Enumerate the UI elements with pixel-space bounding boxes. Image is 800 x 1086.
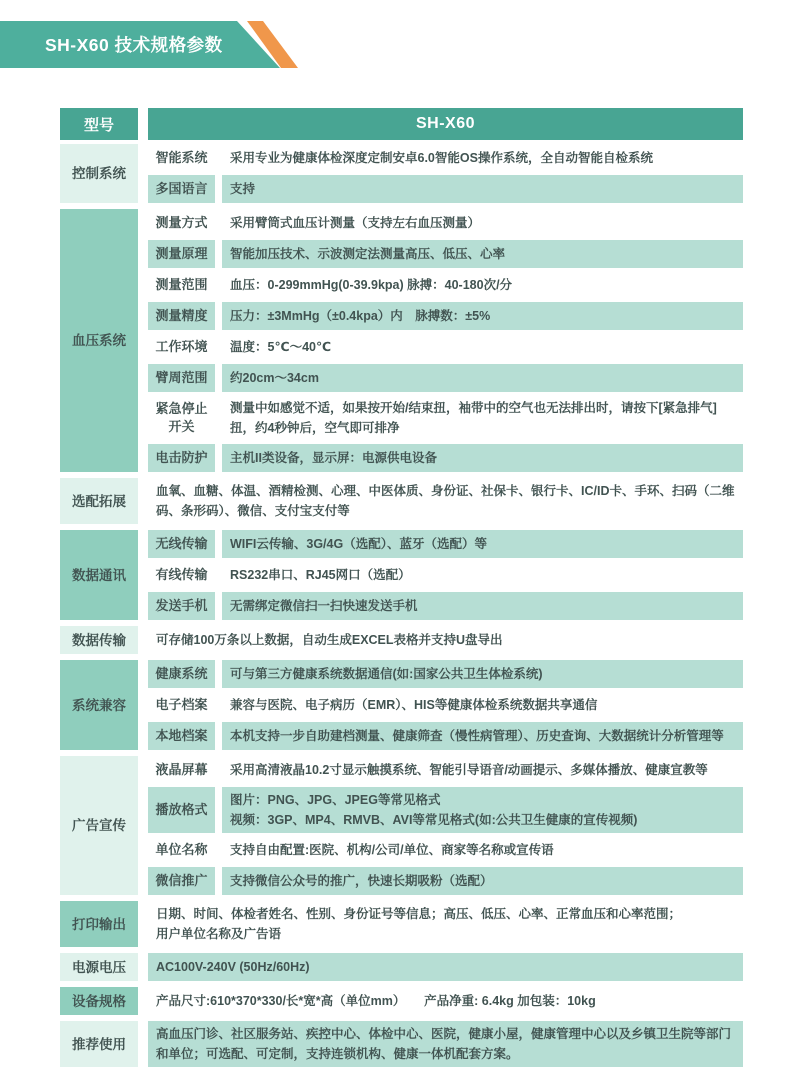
title-banner: SH-X60 技术规格参数 [0, 21, 310, 68]
row-value-line: 日期、时间、体检者姓名、性别、身份证号等信息；高压、低压、心率、正常血压和心率范… [156, 904, 737, 924]
spec-row: 智能系统采用专业为健康体检深度定制安卓6.0智能OS操作系统，全自动智能自检系统 [148, 144, 743, 172]
row-value-line: AC100V-240V (50Hz/60Hz) [156, 957, 737, 977]
spec-section: 控制系统智能系统采用专业为健康体检深度定制安卓6.0智能OS操作系统，全自动智能… [60, 144, 743, 203]
row-label: 测量方式 [148, 209, 215, 237]
spec-section: 数据通讯无线传输WIFI云传输、3G/4G（选配）、蓝牙（选配）等有线传输RS2… [60, 530, 743, 620]
row-value: 采用专业为健康体检深度定制安卓6.0智能OS操作系统，全自动智能自检系统 [222, 144, 743, 172]
section-rows: 高血压门诊、社区服务站、疾控中心、体检中心、医院，健康小屋，健康管理中心以及乡镇… [148, 1021, 743, 1067]
row-value-line: 主机II类设备，显示屏：电源供电设备 [230, 448, 737, 468]
spec-section: 广告宣传液晶屏幕采用高清液晶10.2寸显示触摸系统、智能引导语音/动画提示、多媒… [60, 756, 743, 895]
category-cell: 推荐使用 [60, 1021, 138, 1067]
category-cell: 系统兼容 [60, 660, 138, 750]
row-value-line: 约20cm～34cm [230, 368, 737, 388]
row-label: 测量原理 [148, 240, 215, 268]
row-label: 无线传输 [148, 530, 215, 558]
row-label: 测量精度 [148, 302, 215, 330]
row-value-line: 测量中如感觉不适，如果按开始/结束扭，袖带中的空气也无法排出时，请按下[紧急排气… [230, 398, 737, 438]
row-value: 产品尺寸:610*370*330/长*宽*高（单位mm） 产品净重: 6.4kg… [148, 987, 743, 1015]
row-value: 主机II类设备，显示屏：电源供电设备 [222, 444, 743, 472]
category-cell: 广告宣传 [60, 756, 138, 895]
spec-row: 臂周范围约20cm～34cm [148, 364, 743, 392]
section-rows: 产品尺寸:610*370*330/长*宽*高（单位mm） 产品净重: 6.4kg… [148, 987, 743, 1015]
row-value: 温度：5℃～40℃ [222, 333, 743, 361]
row-value: 测量中如感觉不适，如果按开始/结束扭，袖带中的空气也无法排出时，请按下[紧急排气… [222, 395, 743, 441]
spec-section: 推荐使用高血压门诊、社区服务站、疾控中心、体检中心、医院，健康小屋，健康管理中心… [60, 1021, 743, 1067]
section-rows: 日期、时间、体检者姓名、性别、身份证号等信息；高压、低压、心率、正常血压和心率范… [148, 901, 743, 947]
spec-row: 本地档案本机支持一步自助建档测量、健康筛查（慢性病管理）、历史查询、大数据统计分… [148, 722, 743, 750]
row-value: 采用高清液晶10.2寸显示触摸系统、智能引导语音/动画提示、多媒体播放、健康宣教… [222, 756, 743, 784]
spec-row: 测量原理智能加压技术、示波测定法测量高压、低压、心率 [148, 240, 743, 268]
row-label: 健康系统 [148, 660, 215, 688]
row-value-line: 采用专业为健康体检深度定制安卓6.0智能OS操作系统，全自动智能自检系统 [230, 148, 737, 168]
row-label: 智能系统 [148, 144, 215, 172]
row-label: 测量范围 [148, 271, 215, 299]
row-value: 支持自由配置:医院、机构/公司/单位、商家等名称或宣传语 [222, 836, 743, 864]
row-value-line: 支持自由配置:医院、机构/公司/单位、商家等名称或宣传语 [230, 840, 737, 860]
spec-row: 日期、时间、体检者姓名、性别、身份证号等信息；高压、低压、心率、正常血压和心率范… [148, 901, 743, 947]
spec-table: 型号 SH-X60 控制系统智能系统采用专业为健康体检深度定制安卓6.0智能OS… [60, 108, 743, 1067]
category-cell: 血压系统 [60, 209, 138, 472]
section-rows: 液晶屏幕采用高清液晶10.2寸显示触摸系统、智能引导语音/动画提示、多媒体播放、… [148, 756, 743, 895]
spec-section: 数据传输可存储100万条以上数据，自动生成EXCEL表格并支持U盘导出 [60, 626, 743, 654]
category-cell: 电源电压 [60, 953, 138, 981]
spec-section: 电源电压AC100V-240V (50Hz/60Hz) [60, 953, 743, 981]
row-value: 兼容与医院、电子病历（EMR）、HIS等健康体检系统数据共享通信 [222, 691, 743, 719]
spec-row: 液晶屏幕采用高清液晶10.2寸显示触摸系统、智能引导语音/动画提示、多媒体播放、… [148, 756, 743, 784]
row-value-line: 用户单位名称及广告语 [156, 924, 737, 944]
row-value-line: 支持 [230, 179, 737, 199]
category-cell: 数据通讯 [60, 530, 138, 620]
section-rows: 血氧、血糖、体温、酒精检测、心理、中医体质、身份证、社保卡、银行卡、IC/ID卡… [148, 478, 743, 524]
row-label: 紧急停止开关 [148, 395, 215, 441]
row-label: 臂周范围 [148, 364, 215, 392]
row-value: 压力：±3MmHg（±0.4kpa）内 脉搏数：±5% [222, 302, 743, 330]
spec-row: 测量范围血压：0-299mmHg(0-39.9kpa) 脉搏：40-180次/分 [148, 271, 743, 299]
spec-row: 高血压门诊、社区服务站、疾控中心、体检中心、医院，健康小屋，健康管理中心以及乡镇… [148, 1021, 743, 1067]
spec-section: 选配拓展血氧、血糖、体温、酒精检测、心理、中医体质、身份证、社保卡、银行卡、IC… [60, 478, 743, 524]
spec-row: 血氧、血糖、体温、酒精检测、心理、中医体质、身份证、社保卡、银行卡、IC/ID卡… [148, 478, 743, 524]
row-value-line: 产品尺寸:610*370*330/长*宽*高（单位mm） 产品净重: 6.4kg… [156, 991, 737, 1011]
row-value-line: 图片：PNG、JPG、JPEG等常见格式 [230, 790, 737, 810]
category-cell: 设备规格 [60, 987, 138, 1015]
row-value-line: RS232串口、RJ45网口（选配） [230, 565, 737, 585]
row-value-line: 无需绑定微信扫一扫快速发送手机 [230, 596, 737, 616]
row-value: 无需绑定微信扫一扫快速发送手机 [222, 592, 743, 620]
model-label-cell: 型号 [60, 108, 138, 140]
row-value: WIFI云传输、3G/4G（选配）、蓝牙（选配）等 [222, 530, 743, 558]
spec-row: 工作环境温度：5℃～40℃ [148, 333, 743, 361]
row-label: 有线传输 [148, 561, 215, 589]
spec-row: 测量精度压力：±3MmHg（±0.4kpa）内 脉搏数：±5% [148, 302, 743, 330]
spec-row: 测量方式采用臂筒式血压计测量（支持左右血压测量） [148, 209, 743, 237]
category-cell: 控制系统 [60, 144, 138, 203]
table-header-row: 型号 SH-X60 [60, 108, 743, 140]
row-value: 日期、时间、体检者姓名、性别、身份证号等信息；高压、低压、心率、正常血压和心率范… [148, 901, 743, 947]
section-rows: 无线传输WIFI云传输、3G/4G（选配）、蓝牙（选配）等有线传输RS232串口… [148, 530, 743, 620]
row-label: 播放格式 [148, 787, 215, 833]
row-value: 支持微信公众号的推广，快速长期吸粉（选配） [222, 867, 743, 895]
spec-row: 电子档案兼容与医院、电子病历（EMR）、HIS等健康体检系统数据共享通信 [148, 691, 743, 719]
spec-section: 打印输出日期、时间、体检者姓名、性别、身份证号等信息；高压、低压、心率、正常血压… [60, 901, 743, 947]
row-label: 单位名称 [148, 836, 215, 864]
row-value-line: 血压：0-299mmHg(0-39.9kpa) 脉搏：40-180次/分 [230, 275, 737, 295]
spec-row: AC100V-240V (50Hz/60Hz) [148, 953, 743, 981]
spec-row: 可存储100万条以上数据，自动生成EXCEL表格并支持U盘导出 [148, 626, 743, 654]
row-value: 本机支持一步自助建档测量、健康筛查（慢性病管理）、历史查询、大数据统计分析管理等 [222, 722, 743, 750]
row-value: 采用臂筒式血压计测量（支持左右血压测量） [222, 209, 743, 237]
category-cell: 选配拓展 [60, 478, 138, 524]
row-value-line: 支持微信公众号的推广，快速长期吸粉（选配） [230, 871, 737, 891]
row-value: 图片：PNG、JPG、JPEG等常见格式视频：3GP、MP4、RMVB、AVI等… [222, 787, 743, 833]
spec-section: 系统兼容健康系统可与第三方健康系统数据通信(如:国家公共卫生体检系统)电子档案兼… [60, 660, 743, 750]
row-value: 约20cm～34cm [222, 364, 743, 392]
row-label: 工作环境 [148, 333, 215, 361]
row-value-line: 智能加压技术、示波测定法测量高压、低压、心率 [230, 244, 737, 264]
spec-row: 发送手机无需绑定微信扫一扫快速发送手机 [148, 592, 743, 620]
section-rows: 健康系统可与第三方健康系统数据通信(如:国家公共卫生体检系统)电子档案兼容与医院… [148, 660, 743, 750]
row-label: 微信推广 [148, 867, 215, 895]
spec-section: 设备规格产品尺寸:610*370*330/长*宽*高（单位mm） 产品净重: 6… [60, 987, 743, 1015]
page-title: SH-X60 技术规格参数 [45, 21, 223, 68]
spec-row: 微信推广支持微信公众号的推广，快速长期吸粉（选配） [148, 867, 743, 895]
spec-row: 健康系统可与第三方健康系统数据通信(如:国家公共卫生体检系统) [148, 660, 743, 688]
row-label: 发送手机 [148, 592, 215, 620]
row-value-line: 压力：±3MmHg（±0.4kpa）内 脉搏数：±5% [230, 306, 737, 326]
spec-row: 单位名称支持自由配置:医院、机构/公司/单位、商家等名称或宣传语 [148, 836, 743, 864]
row-value-line: 本机支持一步自助建档测量、健康筛查（慢性病管理）、历史查询、大数据统计分析管理等 [230, 726, 737, 746]
row-value-line: 采用高清液晶10.2寸显示触摸系统、智能引导语音/动画提示、多媒体播放、健康宣教… [230, 760, 737, 780]
row-value-line: 采用臂筒式血压计测量（支持左右血压测量） [230, 213, 737, 233]
row-value-line: 兼容与医院、电子病历（EMR）、HIS等健康体检系统数据共享通信 [230, 695, 737, 715]
spec-row: 有线传输RS232串口、RJ45网口（选配） [148, 561, 743, 589]
section-rows: 测量方式采用臂筒式血压计测量（支持左右血压测量）测量原理智能加压技术、示波测定法… [148, 209, 743, 472]
category-cell: 数据传输 [60, 626, 138, 654]
row-label: 液晶屏幕 [148, 756, 215, 784]
row-value: 可与第三方健康系统数据通信(如:国家公共卫生体检系统) [222, 660, 743, 688]
row-value: 可存储100万条以上数据，自动生成EXCEL表格并支持U盘导出 [148, 626, 743, 654]
section-rows: 智能系统采用专业为健康体检深度定制安卓6.0智能OS操作系统，全自动智能自检系统… [148, 144, 743, 203]
category-cell: 打印输出 [60, 901, 138, 947]
row-value: 智能加压技术、示波测定法测量高压、低压、心率 [222, 240, 743, 268]
row-value-line: 温度：5℃～40℃ [230, 337, 737, 357]
row-value-line: 血氧、血糖、体温、酒精检测、心理、中医体质、身份证、社保卡、银行卡、IC/ID卡… [156, 481, 737, 521]
row-value: 血氧、血糖、体温、酒精检测、心理、中医体质、身份证、社保卡、银行卡、IC/ID卡… [148, 478, 743, 524]
spec-table-body: 控制系统智能系统采用专业为健康体检深度定制安卓6.0智能OS操作系统，全自动智能… [60, 144, 743, 1067]
row-value-line: 可存储100万条以上数据，自动生成EXCEL表格并支持U盘导出 [156, 630, 737, 650]
row-value: AC100V-240V (50Hz/60Hz) [148, 953, 743, 981]
spec-row: 播放格式图片：PNG、JPG、JPEG等常见格式视频：3GP、MP4、RMVB、… [148, 787, 743, 833]
spec-row: 紧急停止开关测量中如感觉不适，如果按开始/结束扭，袖带中的空气也无法排出时，请按… [148, 395, 743, 441]
row-value-line: WIFI云传输、3G/4G（选配）、蓝牙（选配）等 [230, 534, 737, 554]
section-rows: AC100V-240V (50Hz/60Hz) [148, 953, 743, 981]
row-value: 支持 [222, 175, 743, 203]
row-value-line: 高血压门诊、社区服务站、疾控中心、体检中心、医院，健康小屋，健康管理中心以及乡镇… [156, 1024, 737, 1064]
spec-row: 无线传输WIFI云传输、3G/4G（选配）、蓝牙（选配）等 [148, 530, 743, 558]
row-value-line: 视频：3GP、MP4、RMVB、AVI等常见格式(如:公共卫生健康的宣传视频) [230, 810, 737, 830]
row-value: 高血压门诊、社区服务站、疾控中心、体检中心、医院，健康小屋，健康管理中心以及乡镇… [148, 1021, 743, 1067]
section-rows: 可存储100万条以上数据，自动生成EXCEL表格并支持U盘导出 [148, 626, 743, 654]
row-label: 电击防护 [148, 444, 215, 472]
spec-row: 多国语言支持 [148, 175, 743, 203]
row-value: RS232串口、RJ45网口（选配） [222, 561, 743, 589]
row-value: 血压：0-299mmHg(0-39.9kpa) 脉搏：40-180次/分 [222, 271, 743, 299]
spec-section: 血压系统测量方式采用臂筒式血压计测量（支持左右血压测量）测量原理智能加压技术、示… [60, 209, 743, 472]
row-label: 多国语言 [148, 175, 215, 203]
row-label: 本地档案 [148, 722, 215, 750]
spec-row: 电击防护主机II类设备，显示屏：电源供电设备 [148, 444, 743, 472]
row-value-line: 可与第三方健康系统数据通信(如:国家公共卫生体检系统) [230, 664, 737, 684]
spec-row: 产品尺寸:610*370*330/长*宽*高（单位mm） 产品净重: 6.4kg… [148, 987, 743, 1015]
row-label: 电子档案 [148, 691, 215, 719]
model-value-cell: SH-X60 [148, 108, 743, 140]
